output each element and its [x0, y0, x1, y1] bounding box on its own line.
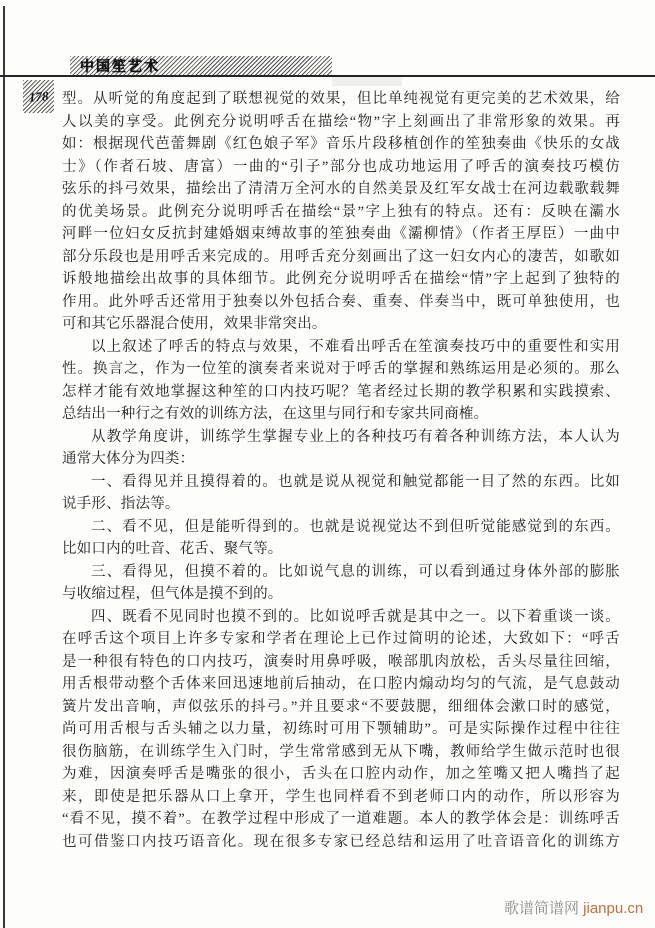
header-hatched-bar: 中国笙艺术 — [70, 56, 332, 76]
text-line: 性。换言之，作为一位笙的演奏者来说对于呼舌的掌握和熟练运用是必须的。那么 — [62, 358, 620, 381]
page-edge-line — [3, 6, 5, 928]
body-text: 型。从听觉的角度起到了联想视觉的效果，但比单纯视觉有更完美的艺术效果，给人以美的… — [62, 88, 620, 853]
text-line: 总结出一种行之有效的训练方法，在这里与同行和专家共同商榷。 — [62, 403, 620, 426]
text-line: 说手形、指法等。 — [62, 493, 620, 516]
text-line: 簧片发出音响，声似弦乐的抖弓。”并且要求“不要鼓腮，细细体会漱口时的感觉， — [62, 696, 620, 719]
text-line: 的优美场景。此例充分说明呼舌在描绘“景”字上独有的特点。还有：反映在灞水 — [62, 201, 620, 224]
text-line: 通常大体分为四类： — [62, 448, 620, 471]
text-line: 四、既看不见同时也摸不到的。比如说呼舌就是其中之一。以下着重谈一谈。 — [62, 606, 620, 629]
text-line: 从教学角度讲，训练学生掌握专业上的各种技巧有着各种训练方法，本人认为 — [62, 426, 620, 449]
book-title: 中国笙艺术 — [70, 56, 160, 76]
page-number: 178 — [28, 88, 49, 105]
text-line: 以上叙述了呼舌的特点与效果，不难看出呼舌在笙演奏技巧中的重要性和实用 — [62, 336, 620, 359]
text-line: 一、看得见并且摸得着的。也就是说从视觉和触觉都能一目了然的东西。比如 — [62, 471, 620, 494]
text-line: 二、看不见，但是能听得到的。也就是说视觉达不到但听觉能感觉到的东西。 — [62, 516, 620, 539]
text-line: 尚可用舌根与舌头辅之以力量，初练时可用下颚辅助”。可是实际操作过程中往往 — [62, 718, 620, 741]
text-line: 很伤脑筋，在训练学生入门时，学生常常感到无从下嘴，教师给学生做示范时也很 — [62, 741, 620, 764]
text-line: 作用。此外呼舌还常用于独奏以外包括合奏、重奏、伴奏当中，既可单独使用，也 — [62, 291, 620, 314]
text-line: 士》（作者石坡、唐富）一曲的“引子”部分也成功地运用了呼舌的演奏技巧模仿 — [62, 156, 620, 179]
text-line: 弦乐的抖弓效果，描绘出了清清万全河水的自然美景及红军女战士在河边载歌载舞 — [62, 178, 620, 201]
text-line: 三、看得见，但摸不着的。比如说气息的训练，可以看到通过身体外部的膨胀 — [62, 561, 620, 584]
text-line: 型。从听觉的角度起到了联想视觉的效果，但比单纯视觉有更完美的艺术效果，给 — [62, 88, 620, 111]
text-line: 比如口内的吐音、花舌、聚气等。 — [62, 538, 620, 561]
page-number-badge: 178 — [23, 80, 54, 113]
text-line: 如：根据现代芭蕾舞剧《红色娘子军》音乐片段移植创作的笙独奏曲《快乐的女战 — [62, 133, 620, 156]
text-line: 怎样才能有效地掌握这种笙的口内技巧呢？笔者经过长期的教学积累和实践摸索、 — [62, 381, 620, 404]
text-line: 人以美的享受。此例充分说明呼舌在描绘“物”字上刻画出了非常形象的效果。再 — [62, 111, 620, 134]
text-line: 可和其它乐器混合使用，效果非常突出。 — [62, 313, 620, 336]
watermark: 歌谱简谱网 jianpu.cn — [504, 897, 643, 918]
text-line: 在呼舌这个项目上许多专家和学者在理论上已作过简明的论述，大致如下：“呼舌 — [62, 628, 620, 651]
text-line: 用舌根带动整个舌体来回迅速地前后抽动，在口腔内煽动均匀的气流，是气息鼓动 — [62, 673, 620, 696]
book-page: 中国笙艺术 178 型。从听觉的角度起到了联想视觉的效果，但比单纯视觉有更完美的… — [0, 0, 655, 928]
text-line: “看不见，摸不着”。在教学过程中形成了一道难题。本人的教学体会是：训练呼舌 — [62, 808, 620, 831]
watermark-url: jianpu.cn — [583, 900, 643, 917]
text-line: 与收缩过程，但气体是摸不到的。 — [62, 583, 620, 606]
text-line: 部分乐段也是用呼舌来完成的。用呼舌充分刻画出了这一妇女内心的凄苦，如歌如 — [62, 246, 620, 269]
text-line: 诉般地描绘出故事的具体细节。此例充分说明呼舌在描绘“情”字上起到了独特的 — [62, 268, 620, 291]
scan-artifact — [332, 77, 402, 86]
text-line: 也可借鉴口内技巧语音化。现在很多专家已经总结和运用了吐音语音化的训练方 — [62, 831, 620, 854]
text-line: 是一种很有特色的口内技巧，演奏时用鼻呼吸，喉部肌肉放松，舌头尽量往回缩， — [62, 651, 620, 674]
watermark-site-name: 歌谱简谱网 — [504, 900, 583, 917]
text-line: 河畔一位妇女反抗封建婚姻束缚故事的笙独奏曲《灞柳情》（作者王厚臣）一曲中 — [62, 223, 620, 246]
text-line: 来，即使是把乐器从口上拿开，学生也同样看不到老师口内的动作，所以形容为 — [62, 786, 620, 809]
header-rule — [0, 75, 655, 77]
text-line: 为难，因演奏呼舌是嘴张的很小，舌头在口腔内动作，加之笙嘴又把人嘴挡了起 — [62, 763, 620, 786]
